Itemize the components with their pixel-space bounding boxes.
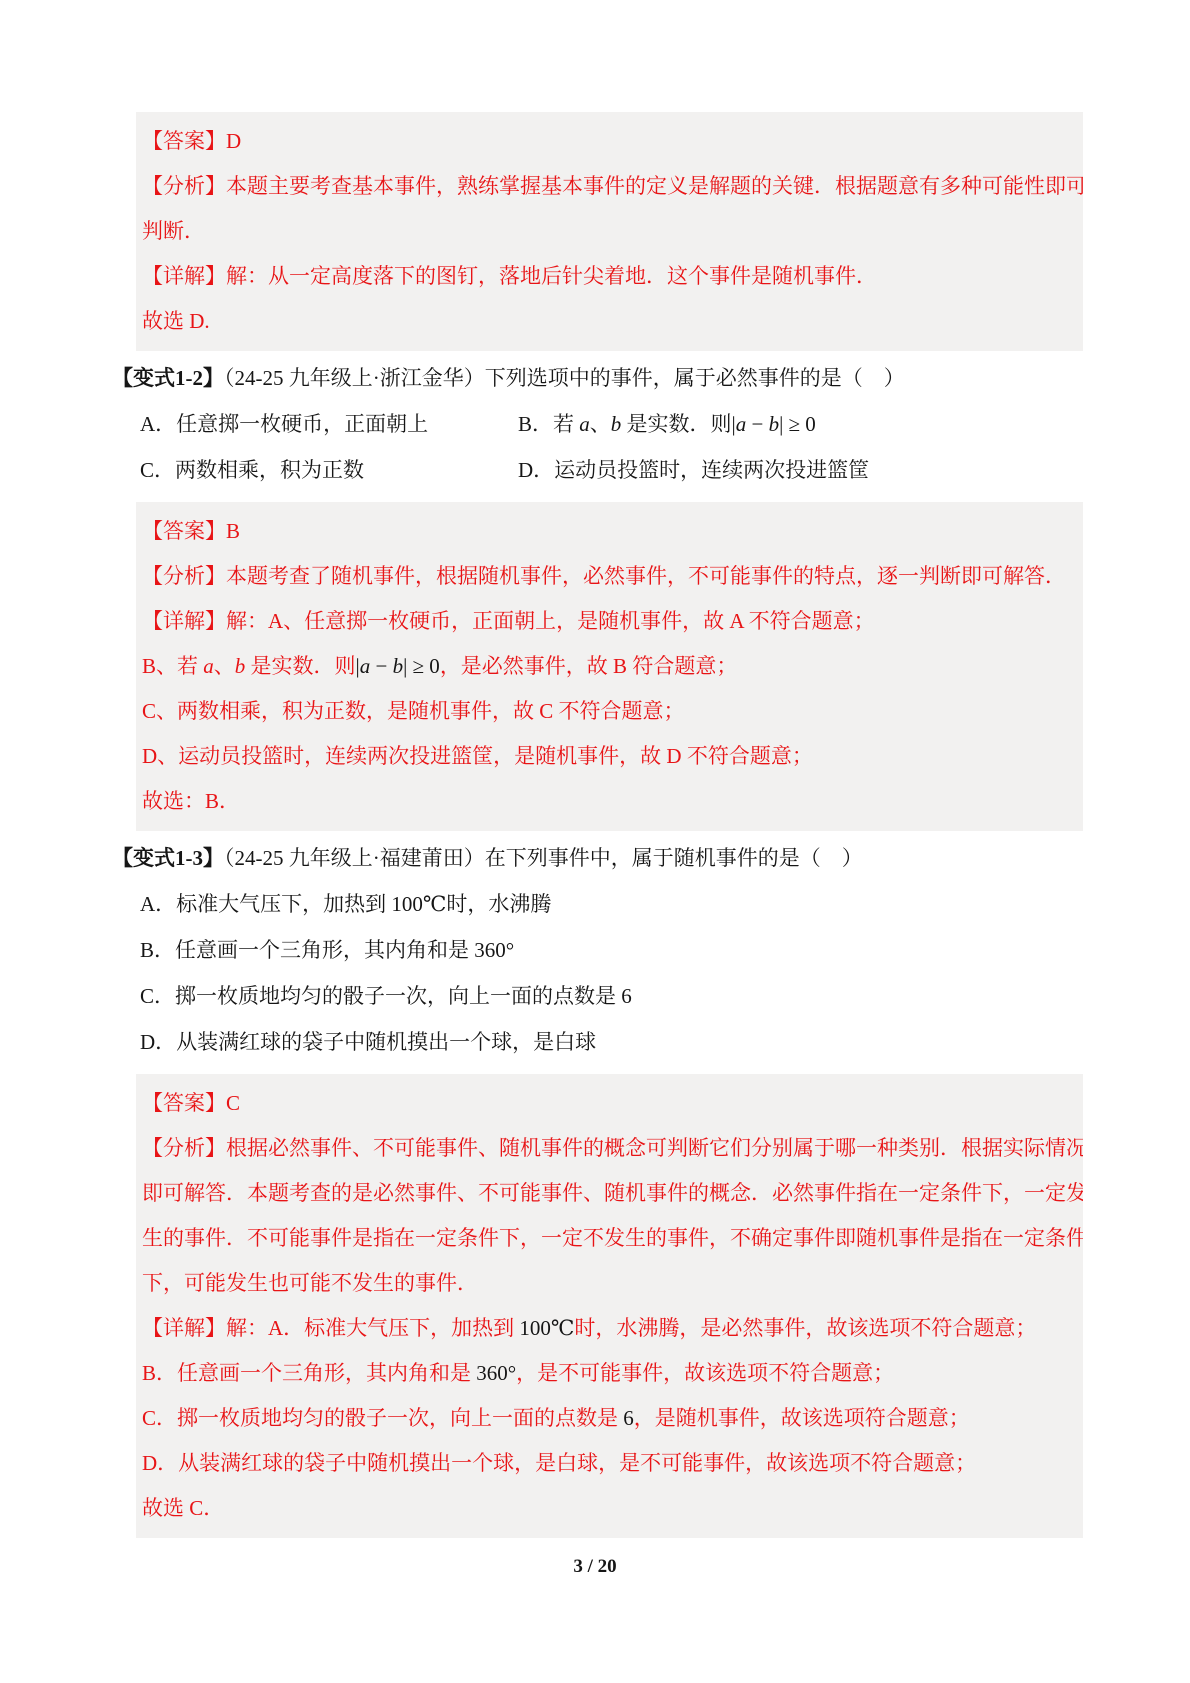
option-d: D．运动员投篮时，连续两次投进篮筐 [518,447,869,493]
text-segment: ，是随机事件，故该选项符合题意； [634,1406,970,1430]
text-segment: D．从装满红球的袋子中随机摸出一个球，是白球 [140,1030,596,1054]
explanation-line: 【详解】解：A．标准大气压下，加热到 100℃时，水沸腾，是必然事件，故该选项不… [142,1306,1077,1351]
text-segment: 【详解】解：A．标准大气压下，加热到 [142,1316,519,1340]
text-segment: A．标准大气压下，加热到 100℃时，水沸腾 [140,892,551,916]
text-segment: | ≥ 0 [403,654,440,678]
text-segment: 100℃ [519,1316,574,1340]
conclusion-line: 故选 D. [142,299,1077,344]
question-heading-1-3: 【变式1-3】（24-25 九年级上·福建莆田）在下列事件中，属于随机事件的是（… [112,836,1190,881]
option-a: A．任意掷一枚硬币，正面朝上 [140,401,518,447]
text-segment: 【变式1-3】 [112,846,224,870]
text-segment: 时，水沸腾，是必然事件，故该选项不符合题意； [574,1316,1036,1340]
text-segment: B．任意画一个三角形，其内角和是 [142,1361,476,1385]
answer-label-line: 【答案】B [142,509,1077,554]
text-segment: a [360,654,371,678]
analysis-line: 【分析】根据必然事件、不可能事件、随机事件的概念可判断它们分别属于哪一种类别．根… [142,1126,1077,1171]
answer-block-1: 【答案】D 【分析】本题主要考查基本事件，熟练掌握基本事件的定义是解题的关键．根… [136,112,1083,351]
option-d: D．从装满红球的袋子中随机摸出一个球，是白球 [140,1019,1190,1065]
text-segment: 【答案】C [142,1091,240,1115]
text-segment: 【分析】本题考查了随机事件，根据随机事件，必然事件，不可能事件的特点，逐一判断即… [142,564,1066,588]
question-heading-1-2: 【变式1-2】（24-25 九年级上·浙江金华）下列选项中的事件，属于必然事件的… [112,356,1190,401]
text-segment: D．从装满红球的袋子中随机摸出一个球，是白球，是不可能事件，故该选项不符合题意； [142,1451,976,1475]
text-segment: 【答案】D [142,129,241,153]
option-b: B．若 a、b 是实数．则|a − b| ≥ 0 [518,401,816,447]
text-segment: 即可解答．本题考查的是必然事件、不可能事件、随机事件的概念．必然事件指在一定条件… [142,1181,1083,1205]
analysis-line: 判断． [142,209,1077,254]
text-segment: b [611,412,622,436]
text-segment: B．若 [518,412,579,436]
text-segment: a [203,654,214,678]
explanation-line: C、两数相乘，积为正数，是随机事件，故 C 不符合题意； [142,689,1077,734]
text-segment: 【详解】解：从一定高度落下的图钉，落地后针尖着地．这个事件是随机事件． [142,264,877,288]
text-segment: D．运动员投篮时，连续两次投进篮筐 [518,458,869,482]
text-segment: a [736,412,747,436]
text-segment: b [769,412,780,436]
conclusion-line: 故选 C． [142,1486,1077,1531]
text-segment: 【分析】根据必然事件、不可能事件、随机事件的概念可判断它们分别属于哪一种类别．根… [142,1136,1083,1160]
text-segment: 下，可能发生也可能不发生的事件． [142,1271,478,1295]
analysis-line: 【分析】本题考查了随机事件，根据随机事件，必然事件，不可能事件的特点，逐一判断即… [142,554,1077,599]
text-segment: − [370,654,392,678]
text-segment: ，是必然事件，故 B 符合题意； [440,654,738,678]
text-segment: B、若 [142,654,203,678]
analysis-line: 即可解答．本题考查的是必然事件、不可能事件、随机事件的概念．必然事件指在一定条件… [142,1171,1077,1216]
conclusion-line: 故选：B． [142,779,1077,824]
text-segment: 【变式1-2】 [112,366,224,390]
option-b: B．任意画一个三角形，其内角和是 360° [140,927,1190,973]
option-c: C．两数相乘，积为正数 [140,447,518,493]
text-segment: 【详解】解：A、任意掷一枚硬币，正面朝上，是随机事件，故 A 不符合题意； [142,609,875,633]
text-segment: 判断． [142,219,205,243]
explanation-line: B、若 a、b 是实数．则|a − b| ≥ 0，是必然事件，故 B 符合题意； [142,644,1077,689]
text-segment: b [235,654,246,678]
text-segment: 、 [590,412,611,436]
answer-block-2: 【答案】B 【分析】本题考查了随机事件，根据随机事件，必然事件，不可能事件的特点… [136,502,1083,831]
text-segment: （24-25 九年级上·浙江金华）下列选项中的事件，属于必然事件的是（ ） [224,366,905,390]
text-segment: B．任意画一个三角形，其内角和是 360° [140,938,514,962]
text-segment: C．掷一枚质地均匀的骰子一次，向上一面的点数是 [142,1406,623,1430]
text-segment: 、 [214,654,235,678]
text-segment: 【分析】本题主要考查基本事件，熟练掌握基本事件的定义是解题的关键．根据题意有多种… [142,174,1083,198]
text-segment: 360° [476,1361,516,1385]
text-segment: C．两数相乘，积为正数 [140,458,364,482]
text-segment: 故选：B． [142,789,240,813]
text-segment: a [579,412,590,436]
text-segment: ，是不可能事件，故该选项不符合题意； [516,1361,894,1385]
text-segment: b [393,654,404,678]
text-segment: C、两数相乘，积为正数，是随机事件，故 C 不符合题意； [142,699,685,723]
text-segment: 是实数．则 [621,412,731,436]
text-segment: C．掷一枚质地均匀的骰子一次，向上一面的点数是 6 [140,984,632,1008]
explanation-line: B．任意画一个三角形，其内角和是 360°，是不可能事件，故该选项不符合题意； [142,1351,1077,1396]
option-a: A．标准大气压下，加热到 100℃时，水沸腾 [140,881,1190,927]
option-c: C．掷一枚质地均匀的骰子一次，向上一面的点数是 6 [140,973,1190,1019]
text-segment: （24-25 九年级上·福建莆田）在下列事件中，属于随机事件的是（ ） [224,846,863,870]
text-segment: 故选 C． [142,1496,224,1520]
explanation-line: D、运动员投篮时，连续两次投进篮筐，是随机事件，故 D 不符合题意； [142,734,1077,779]
text-segment: | ≥ 0 [779,412,816,436]
answer-label-line: 【答案】D [142,119,1077,164]
analysis-line: 生的事件．不可能事件是指在一定条件下，一定不发生的事件，不确定事件即随机事件是指… [142,1216,1077,1261]
explanation-line: 【详解】解：A、任意掷一枚硬币，正面朝上，是随机事件，故 A 不符合题意； [142,599,1077,644]
text-segment: 是实数．则 [245,654,355,678]
analysis-line: 下，可能发生也可能不发生的事件． [142,1261,1077,1306]
page-number: 3 / 20 [0,1552,1190,1582]
analysis-line: 【分析】本题主要考查基本事件，熟练掌握基本事件的定义是解题的关键．根据题意有多种… [142,164,1077,209]
explanation-line: D．从装满红球的袋子中随机摸出一个球，是白球，是不可能事件，故该选项不符合题意； [142,1441,1077,1486]
text-segment: D、运动员投篮时，连续两次投进篮筐，是随机事件，故 D 不符合题意； [142,744,813,768]
option-row: A．任意掷一枚硬币，正面朝上 B．若 a、b 是实数．则|a − b| ≥ 0 [140,401,1190,447]
text-segment: A．任意掷一枚硬币，正面朝上 [140,412,428,436]
option-row: C．两数相乘，积为正数 D．运动员投篮时，连续两次投进篮筐 [140,447,1190,493]
text-segment: 【答案】B [142,519,240,543]
explanation-line: C．掷一枚质地均匀的骰子一次，向上一面的点数是 6，是随机事件，故该选项符合题意… [142,1396,1077,1441]
answer-label-line: 【答案】C [142,1081,1077,1126]
text-segment: − [746,412,768,436]
text-segment: 故选 D. [142,309,210,333]
explanation-line: 【详解】解：从一定高度落下的图钉，落地后针尖着地．这个事件是随机事件． [142,254,1077,299]
answer-block-3: 【答案】C 【分析】根据必然事件、不可能事件、随机事件的概念可判断它们分别属于哪… [136,1074,1083,1538]
text-segment: 生的事件．不可能事件是指在一定条件下，一定不发生的事件，不确定事件即随机事件是指… [142,1226,1083,1250]
document-page: 【答案】D 【分析】本题主要考查基本事件，熟练掌握基本事件的定义是解题的关键．根… [0,0,1190,1683]
text-segment: 6 [623,1406,634,1430]
